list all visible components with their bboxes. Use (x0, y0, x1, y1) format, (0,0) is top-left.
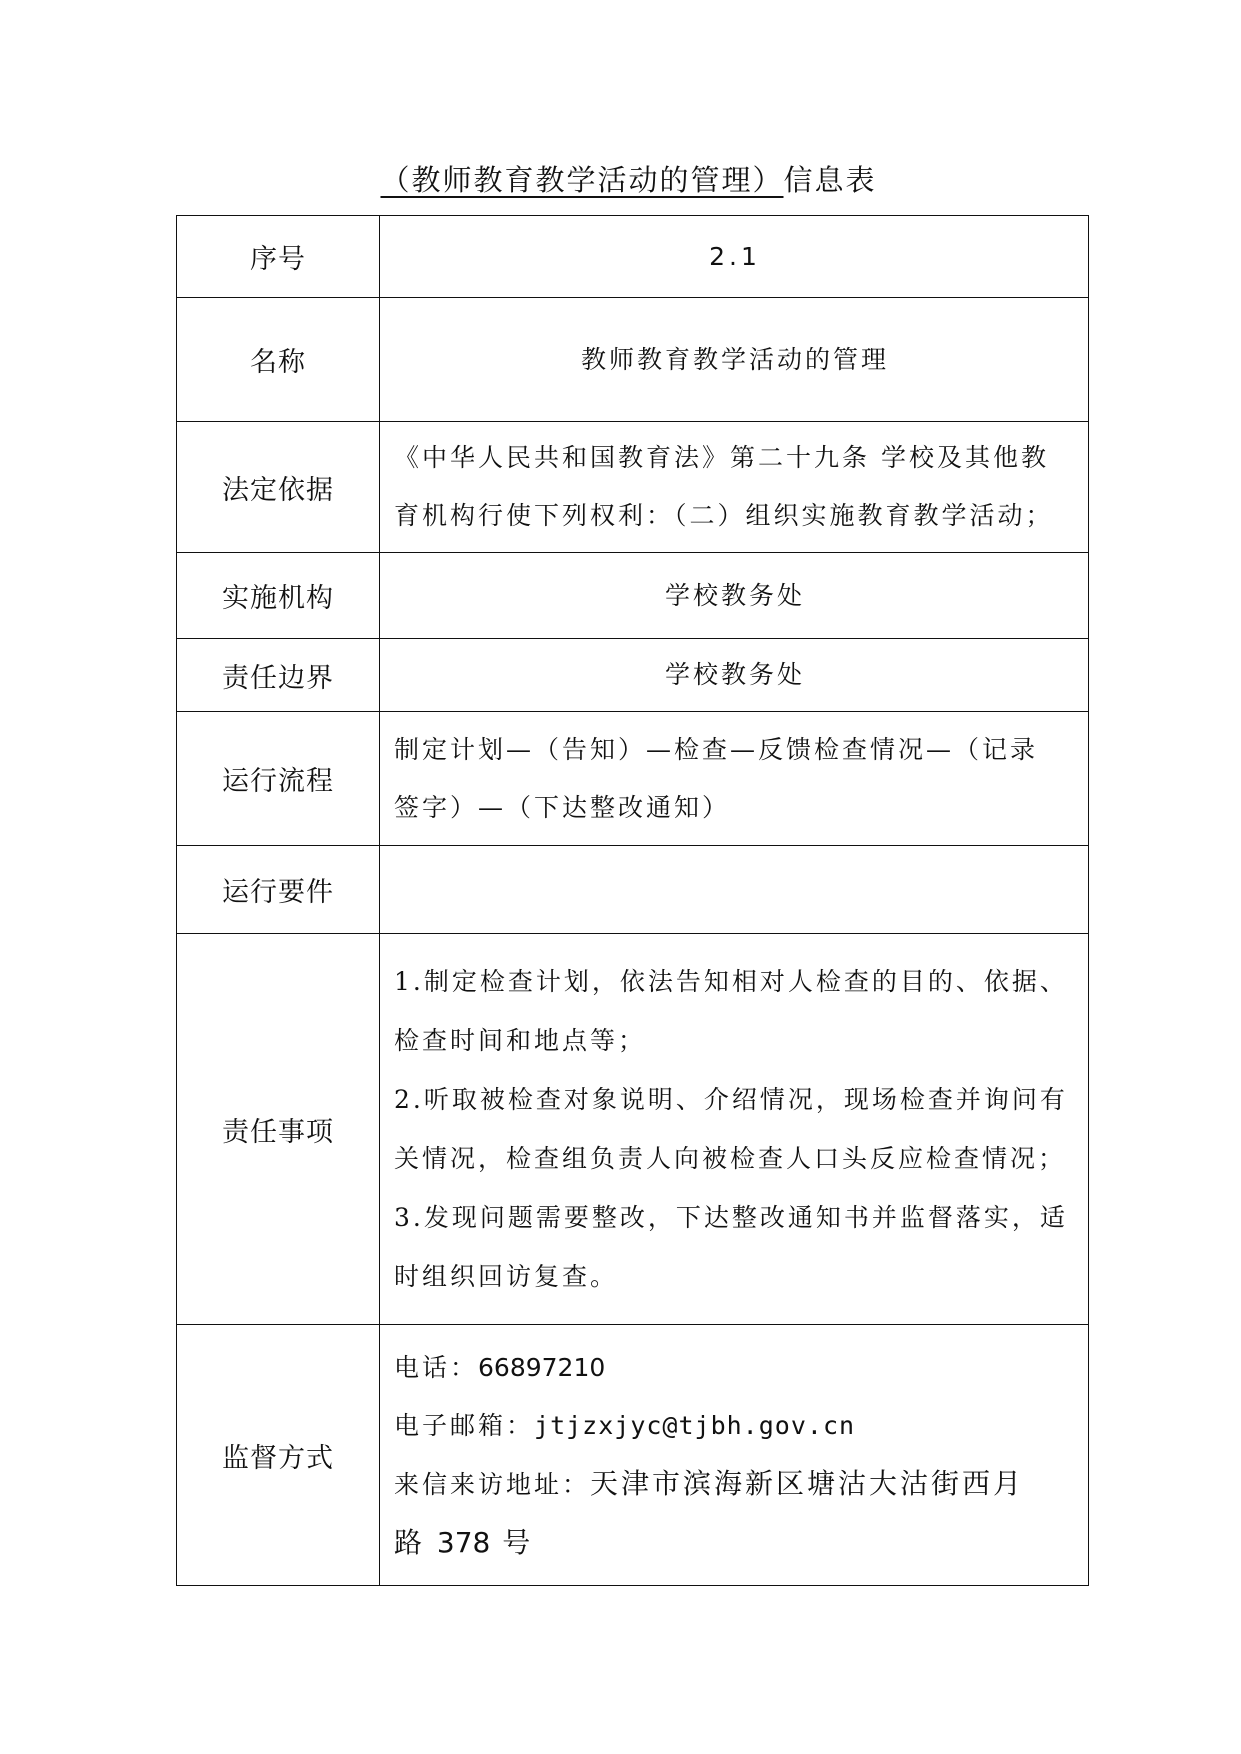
row-value-process-flow: 制定计划—（告知）—检查—反馈检查情况—（记录 签字）—（下达整改通知） (380, 712, 1089, 846)
row-label: 责任事项 (177, 934, 380, 1325)
address-road: 路 (394, 1526, 425, 1559)
table-row-legal-basis: 法定依据 《中华人民共和国教育法》第二十九条 学校及其他教 育机构行使下列权利：… (177, 422, 1089, 553)
address-suffix: 号 (502, 1526, 533, 1559)
info-table: 序号 2.1 名称 教师教育教学活动的管理 法定依据 《中华人民共和国教育法》第… (176, 215, 1089, 1586)
row-label: 监督方式 (177, 1325, 380, 1586)
row-label: 责任边界 (177, 639, 380, 712)
document-title: （教师教育教学活动的管理）信息表 (0, 160, 1241, 200)
address-label: 来信来访地址： (394, 1470, 590, 1499)
row-label: 实施机构 (177, 553, 380, 639)
address-text: 天津市滨海新区塘沽大沽街西月 (590, 1467, 1024, 1500)
row-label: 序号 (177, 216, 380, 298)
phone-label: 电话： (394, 1353, 478, 1382)
value-line: 制定计划—（告知）—检查—反馈检查情况—（记录 (394, 721, 1076, 779)
value-line: 学校教务处 (394, 646, 1076, 704)
value-line: 3.发现问题需要整改，下达整改通知书并监督落实，适 (394, 1188, 1076, 1247)
value-line: 学校教务处 (394, 567, 1076, 625)
value-line: 教师教育教学活动的管理 (394, 331, 1076, 389)
row-value-name: 教师教育教学活动的管理 (380, 298, 1089, 422)
address-line-2: 路 378 号 (394, 1514, 1076, 1572)
table-row-responsibilities: 责任事项 1.制定检查计划，依法告知相对人检查的目的、依据、 检查时间和地点等；… (177, 934, 1089, 1325)
phone-line: 电话：66897210 (394, 1339, 1076, 1397)
value-line: 关情况，检查组负责人向被检查人口头反应检查情况； (394, 1129, 1076, 1188)
value-line: 1.制定检查计划，依法告知相对人检查的目的、依据、 (394, 952, 1076, 1011)
row-value-responsibility-boundary: 学校教务处 (380, 639, 1089, 712)
title-underlined-part: （教师教育教学活动的管理） (364, 163, 783, 197)
row-value-serial-number: 2.1 (380, 216, 1089, 298)
table-row-supervision: 监督方式 电话：66897210 电子邮箱：jtjzxjyc@tjbh.gov.… (177, 1325, 1089, 1586)
value-line: 育机构行使下列权利：（二）组织实施教育教学活动； (394, 487, 1076, 545)
value-line: 时组织回访复查。 (394, 1247, 1076, 1306)
value-line: 《中华人民共和国教育法》第二十九条 学校及其他教 (394, 429, 1076, 487)
value-line: 2.1 (394, 228, 1076, 286)
email-address: jtjzxjyc@tjbh.gov.cn (534, 1411, 855, 1440)
table-row-implementing-agency: 实施机构 学校教务处 (177, 553, 1089, 639)
table-row-serial-number: 序号 2.1 (177, 216, 1089, 298)
table-row-process-flow: 运行流程 制定计划—（告知）—检查—反馈检查情况—（记录 签字）—（下达整改通知… (177, 712, 1089, 846)
table-row-responsibility-boundary: 责任边界 学校教务处 (177, 639, 1089, 712)
row-value-supervision: 电话：66897210 电子邮箱：jtjzxjyc@tjbh.gov.cn 来信… (380, 1325, 1089, 1586)
table-row-name: 名称 教师教育教学活动的管理 (177, 298, 1089, 422)
email-label: 电子邮箱： (394, 1411, 534, 1440)
row-label: 运行流程 (177, 712, 380, 846)
row-value-requirements (380, 846, 1089, 934)
row-value-legal-basis: 《中华人民共和国教育法》第二十九条 学校及其他教 育机构行使下列权利：（二）组织… (380, 422, 1089, 553)
value-line: 检查时间和地点等； (394, 1011, 1076, 1070)
table-row-requirements: 运行要件 (177, 846, 1089, 934)
title-suffix: 信息表 (784, 163, 877, 197)
email-line: 电子邮箱：jtjzxjyc@tjbh.gov.cn (394, 1397, 1076, 1455)
row-value-implementing-agency: 学校教务处 (380, 553, 1089, 639)
value-line: 2.听取被检查对象说明、介绍情况，现场检查并询问有 (394, 1070, 1076, 1129)
row-label: 法定依据 (177, 422, 380, 553)
value-line: 签字）—（下达整改通知） (394, 779, 1076, 837)
phone-number: 66897210 (478, 1353, 605, 1382)
address-number: 378 (437, 1526, 490, 1559)
row-value-responsibilities: 1.制定检查计划，依法告知相对人检查的目的、依据、 检查时间和地点等； 2.听取… (380, 934, 1089, 1325)
row-label: 运行要件 (177, 846, 380, 934)
address-line-1: 来信来访地址：天津市滨海新区塘沽大沽街西月 (394, 1455, 1076, 1514)
row-label: 名称 (177, 298, 380, 422)
